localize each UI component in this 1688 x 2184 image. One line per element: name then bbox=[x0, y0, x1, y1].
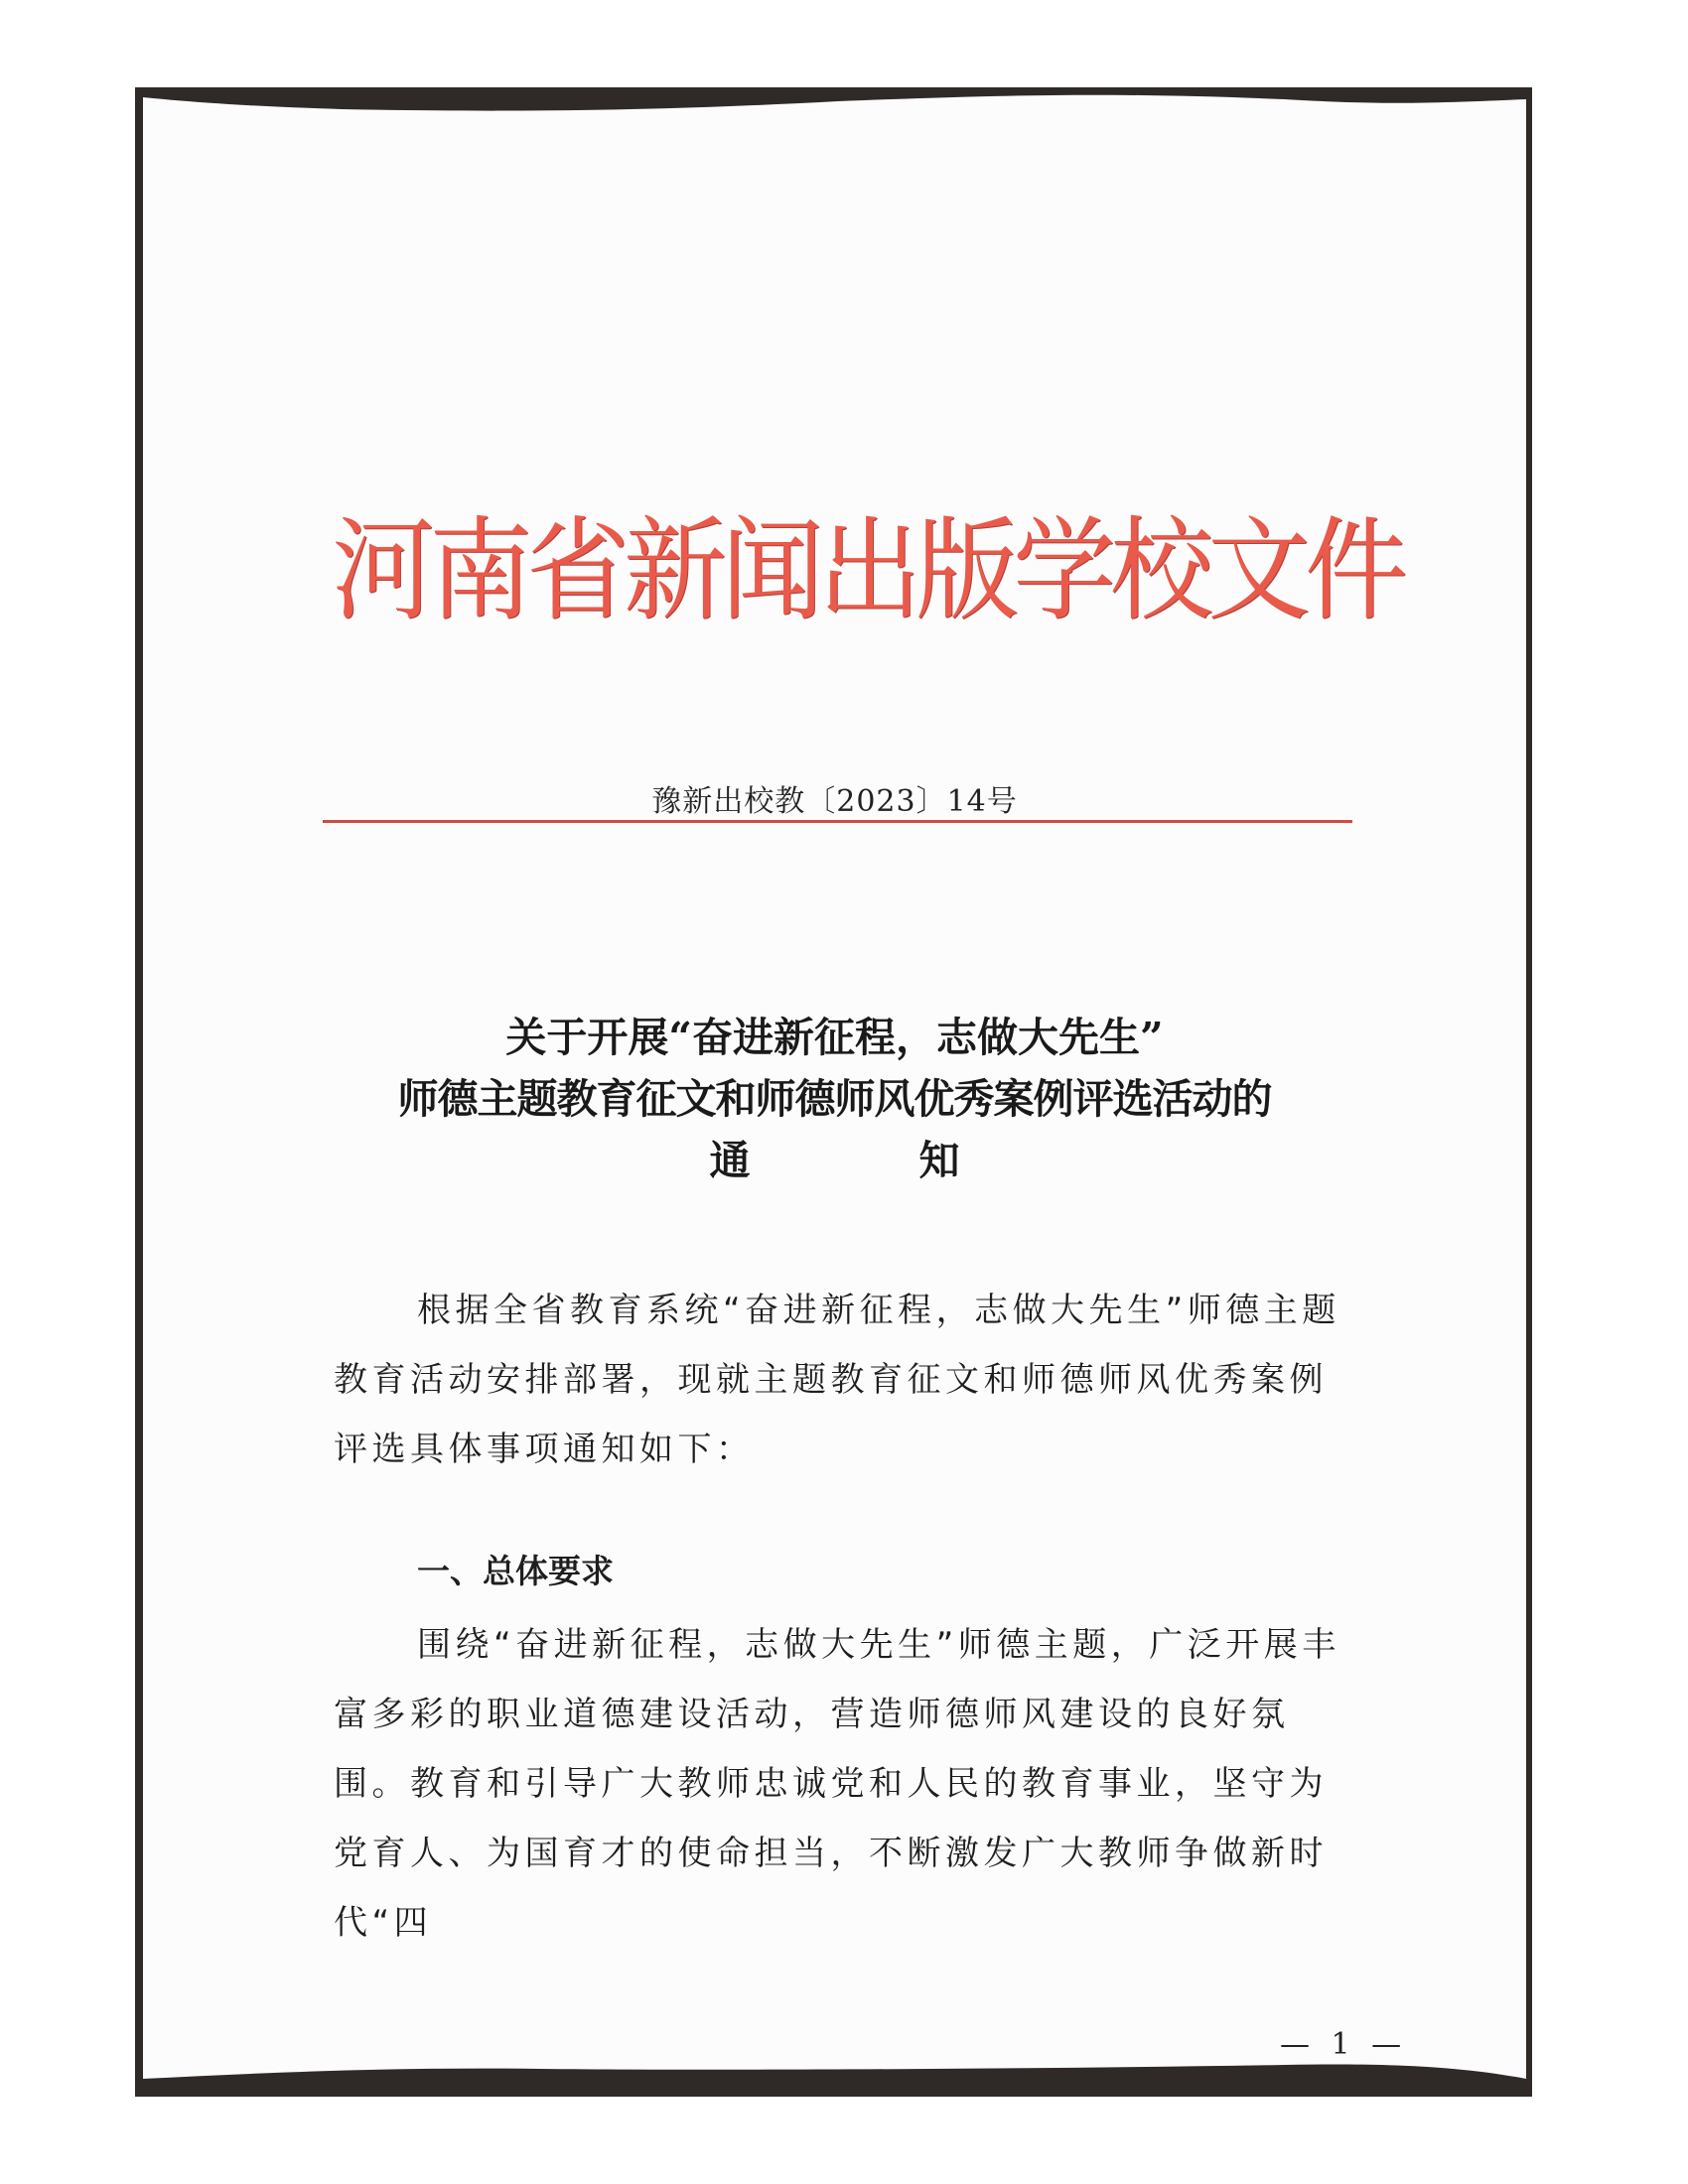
document-page: 河南省新闻出版学校文件 豫新出校教〔2023〕14号 关于开展“奋进新征程，志做… bbox=[143, 91, 1526, 2087]
red-divider-rule bbox=[323, 820, 1352, 823]
page-top-shadow bbox=[143, 91, 1526, 121]
notice-title-char-tong: 通 bbox=[710, 1137, 751, 1184]
notice-title-line-1: 关于开展“奋进新征程，志做大先生” bbox=[143, 1005, 1526, 1063]
intro-paragraph: 根据全省教育系统“奋进新征程，志做大先生”师德主题教育活动安排部署，现就主题教育… bbox=[334, 1276, 1364, 1484]
page-bottom-shadow bbox=[143, 2057, 1526, 2087]
notice-title-line-3: 通知 bbox=[143, 1128, 1526, 1186]
document-number: 豫新出校教〔2023〕14号 bbox=[143, 776, 1526, 820]
section-heading: 一、总体要求 bbox=[417, 1546, 614, 1592]
section-paragraph: 围绕“奋进新征程，志做大先生”师德主题，广泛开展丰富多彩的职业道德建设活动，营造… bbox=[334, 1610, 1364, 1958]
notice-title-char-zhi: 知 bbox=[919, 1137, 960, 1184]
notice-title-line-2: 师德主题教育征文和师德师风优秀案例评选活动的 bbox=[143, 1066, 1526, 1125]
issuer-header: 河南省新闻出版学校文件 bbox=[332, 480, 1354, 641]
